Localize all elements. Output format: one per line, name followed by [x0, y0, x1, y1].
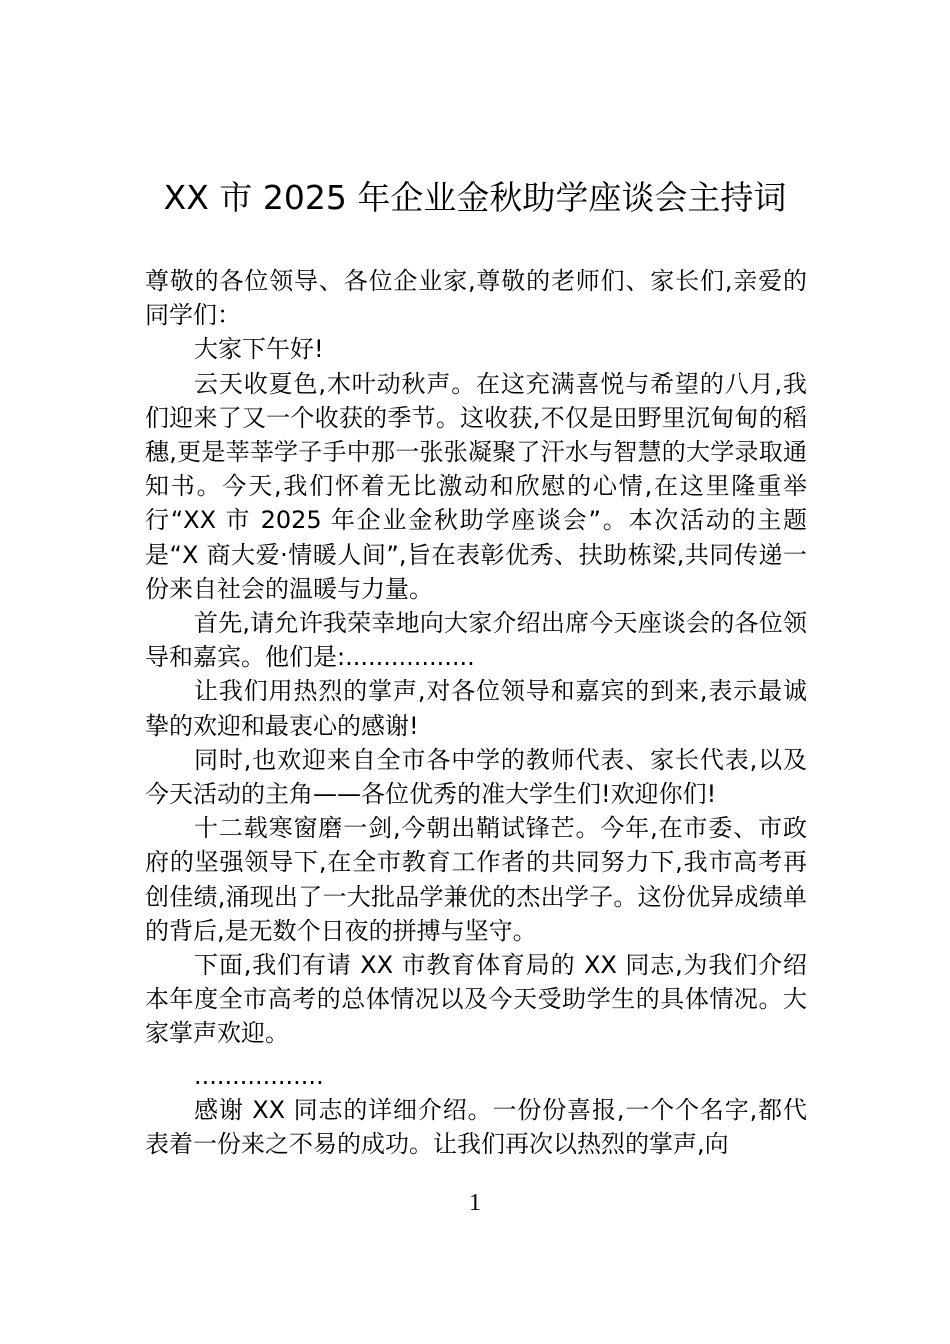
page-number: 1: [0, 1188, 950, 1218]
opening-paragraph: 云天收夏色,木叶动秋声。在这充满喜悦与希望的八月,我们迎来了又一个收获的季节。这…: [145, 367, 807, 606]
ellipsis-placeholder: .................: [145, 1059, 807, 1093]
document-body: 尊敬的各位领导、各位企业家,尊敬的老师们、家长们,亲爱的同学们： 大家下午好! …: [145, 264, 807, 1161]
document-page: XX 市 2025 年企业金秋助学座谈会主持词 尊敬的各位领导、各位企业家,尊敬…: [0, 0, 950, 1344]
achievement-paragraph: 十二载寒窗磨一剑,今朝出鞘试锋芒。今年,在市委、市政府的坚强领导下,在全市教育工…: [145, 811, 807, 948]
salutation-paragraph: 尊敬的各位领导、各位企业家,尊敬的老师们、家长们,亲爱的同学们：: [145, 264, 807, 332]
greeting-paragraph: 大家下午好!: [145, 332, 807, 366]
guest-introduction-paragraph: 首先,请允许我荣幸地向大家介绍出席今天座谈会的各位领导和嘉宾。他们是:.....…: [145, 606, 807, 674]
welcome-students-paragraph: 同时,也欢迎来自全市各中学的教师代表、家长代表,以及今天活动的主角——各位优秀的…: [145, 743, 807, 811]
thanks-paragraph: 感谢 XX 同志的详细介绍。一份份喜报,一个个名字,都代表着一份来之不易的成功。…: [145, 1093, 807, 1161]
speaker-invitation-paragraph: 下面,我们有请 XX 市教育体育局的 XX 同志,为我们介绍本年度全市高考的总体…: [145, 948, 807, 1051]
document-title: XX 市 2025 年企业金秋助学座谈会主持词: [0, 174, 950, 222]
welcome-applause-paragraph: 让我们用热烈的掌声,对各位领导和嘉宾的到来,表示最诚挚的欢迎和最衷心的感谢!: [145, 674, 807, 742]
